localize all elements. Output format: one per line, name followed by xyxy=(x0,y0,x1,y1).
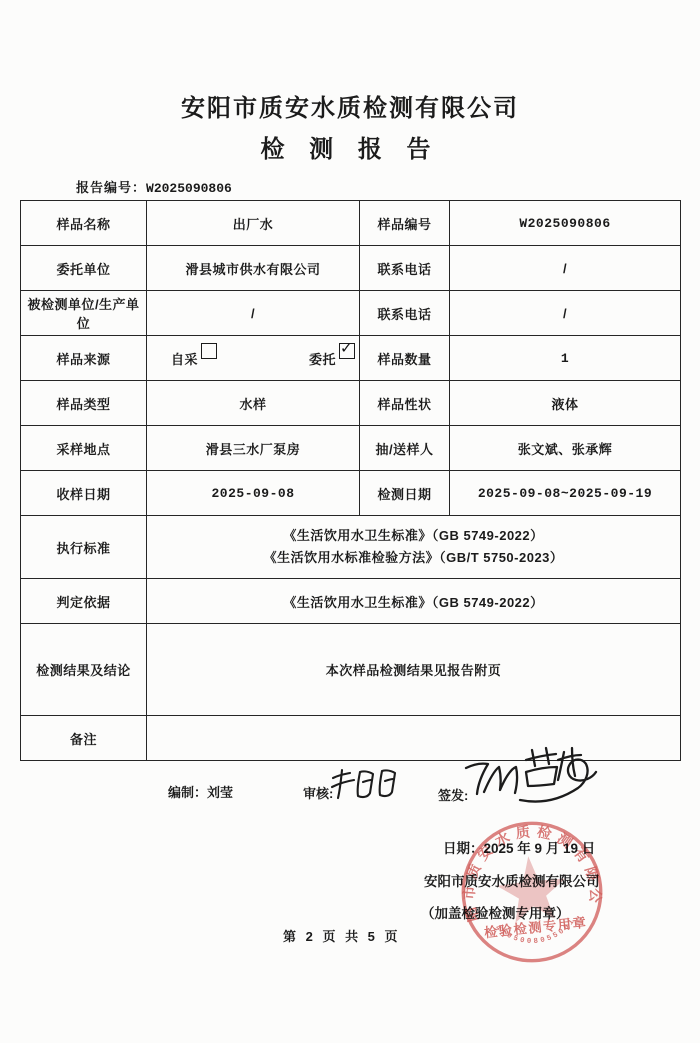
field-label: 执行标准 xyxy=(21,516,147,579)
field-value: 1 xyxy=(450,336,681,381)
field-value: 2025-09-08 xyxy=(147,471,360,516)
field-label: 样品数量 xyxy=(360,336,450,381)
table-row: 委托单位 滑县城市供水有限公司 联系电话 / xyxy=(21,246,681,291)
field-label: 样品来源 xyxy=(21,336,147,381)
field-label: 采样地点 xyxy=(21,426,147,471)
field-label: 联系电话 xyxy=(360,291,450,336)
table-row: 样品类型 水样 样品性状 液体 xyxy=(21,381,681,426)
check-icon: ✓ xyxy=(340,339,353,357)
field-label: 样品性状 xyxy=(360,381,450,426)
field-label: 联系电话 xyxy=(360,246,450,291)
field-value: 液体 xyxy=(450,381,681,426)
field-value: 本次样品检测结果见报告附页 xyxy=(147,624,681,716)
field-value: 2025-09-08~2025-09-19 xyxy=(450,471,681,516)
issued-by-label: 签发: xyxy=(438,785,468,804)
field-value: 《生活饮用水卫生标准》（GB 5749-2022） xyxy=(147,579,681,624)
field-label: 检测日期 xyxy=(360,471,450,516)
reviewed-by-label: 审核: xyxy=(303,783,333,802)
report-number-line: 报告编号：W2025090806 xyxy=(76,177,232,196)
table-row: 检测结果及结论 本次样品检测结果见报告附页 xyxy=(21,624,681,716)
field-label: 抽/送样人 xyxy=(360,426,450,471)
table-row: 判定依据 《生活饮用水卫生标准》（GB 5749-2022） xyxy=(21,579,681,624)
field-value xyxy=(147,716,681,761)
report-number-label: 报告编号： xyxy=(76,180,146,195)
table-row: 收样日期 2025-09-08 检测日期 2025-09-08~2025-09-… xyxy=(21,471,681,516)
field-value: 滑县三水厂泵房 xyxy=(147,426,360,471)
field-label: 被检测单位/生产单位 xyxy=(21,291,147,336)
table-row: 备注 xyxy=(21,716,681,761)
field-label: 备注 xyxy=(21,716,147,761)
field-value: / xyxy=(450,291,681,336)
field-label: 样品编号 xyxy=(360,201,450,246)
field-label: 样品类型 xyxy=(21,381,147,426)
table-row: 样品名称 出厂水 样品编号 W2025090806 xyxy=(21,201,681,246)
company-seal: 安阳市质安水质检测有限公司 检验检测专用章 4105008055001 xyxy=(451,811,614,974)
field-value: 张文斌、张承辉 xyxy=(450,426,681,471)
table-row: 采样地点 滑县三水厂泵房 抽/送样人 张文斌、张承辉 xyxy=(21,426,681,471)
page-number: 第 2 页 共 5 页 xyxy=(283,926,401,945)
standard-line: 《生活饮用水卫生标准》（GB 5749-2022） xyxy=(149,525,678,547)
field-label: 样品名称 xyxy=(21,201,147,246)
checkbox-checked-icon[interactable]: ✓ xyxy=(339,343,355,359)
prepared-by-line: 编制：刘莹 xyxy=(168,782,233,801)
company-title: 安阳市质安水质检测有限公司 xyxy=(0,88,700,123)
page-title: 检 测 报 告 xyxy=(0,129,700,164)
star-icon xyxy=(494,853,569,925)
table-row: 样品来源 自采 委托 ✓ 样品数量 1 xyxy=(21,336,681,381)
standard-line: 《生活饮用水标准检验方法》（GB/T 5750-2023） xyxy=(149,547,678,569)
field-value: 出厂水 xyxy=(147,201,360,246)
field-value: / xyxy=(450,246,681,291)
sample-source-cell: 自采 委托 ✓ xyxy=(147,336,360,381)
field-value: / xyxy=(147,291,360,336)
field-value: 水样 xyxy=(147,381,360,426)
field-label: 判定依据 xyxy=(21,579,147,624)
field-label: 收样日期 xyxy=(21,471,147,516)
field-label: 委托单位 xyxy=(21,246,147,291)
entrust-label: 委托 xyxy=(309,349,336,368)
prepared-by-label: 编制： xyxy=(168,785,207,800)
field-value: W2025090806 xyxy=(450,201,681,246)
checkbox-unchecked-icon[interactable] xyxy=(201,343,217,359)
field-label: 检测结果及结论 xyxy=(21,624,147,716)
field-value: 《生活饮用水卫生标准》（GB 5749-2022） 《生活饮用水标准检验方法》（… xyxy=(147,516,681,579)
field-value: 滑县城市供水有限公司 xyxy=(147,246,360,291)
report-number-value: W2025090806 xyxy=(146,181,232,196)
reviewer-handwritten-signature xyxy=(330,760,408,806)
table-row: 执行标准 《生活饮用水卫生标准》（GB 5749-2022） 《生活饮用水标准检… xyxy=(21,516,681,579)
table-row: 被检测单位/生产单位 / 联系电话 / xyxy=(21,291,681,336)
report-info-table: 样品名称 出厂水 样品编号 W2025090806 委托单位 滑县城市供水有限公… xyxy=(20,200,681,761)
self-sampling-label: 自采 xyxy=(171,349,198,368)
prepared-by-name: 刘莹 xyxy=(207,785,233,800)
